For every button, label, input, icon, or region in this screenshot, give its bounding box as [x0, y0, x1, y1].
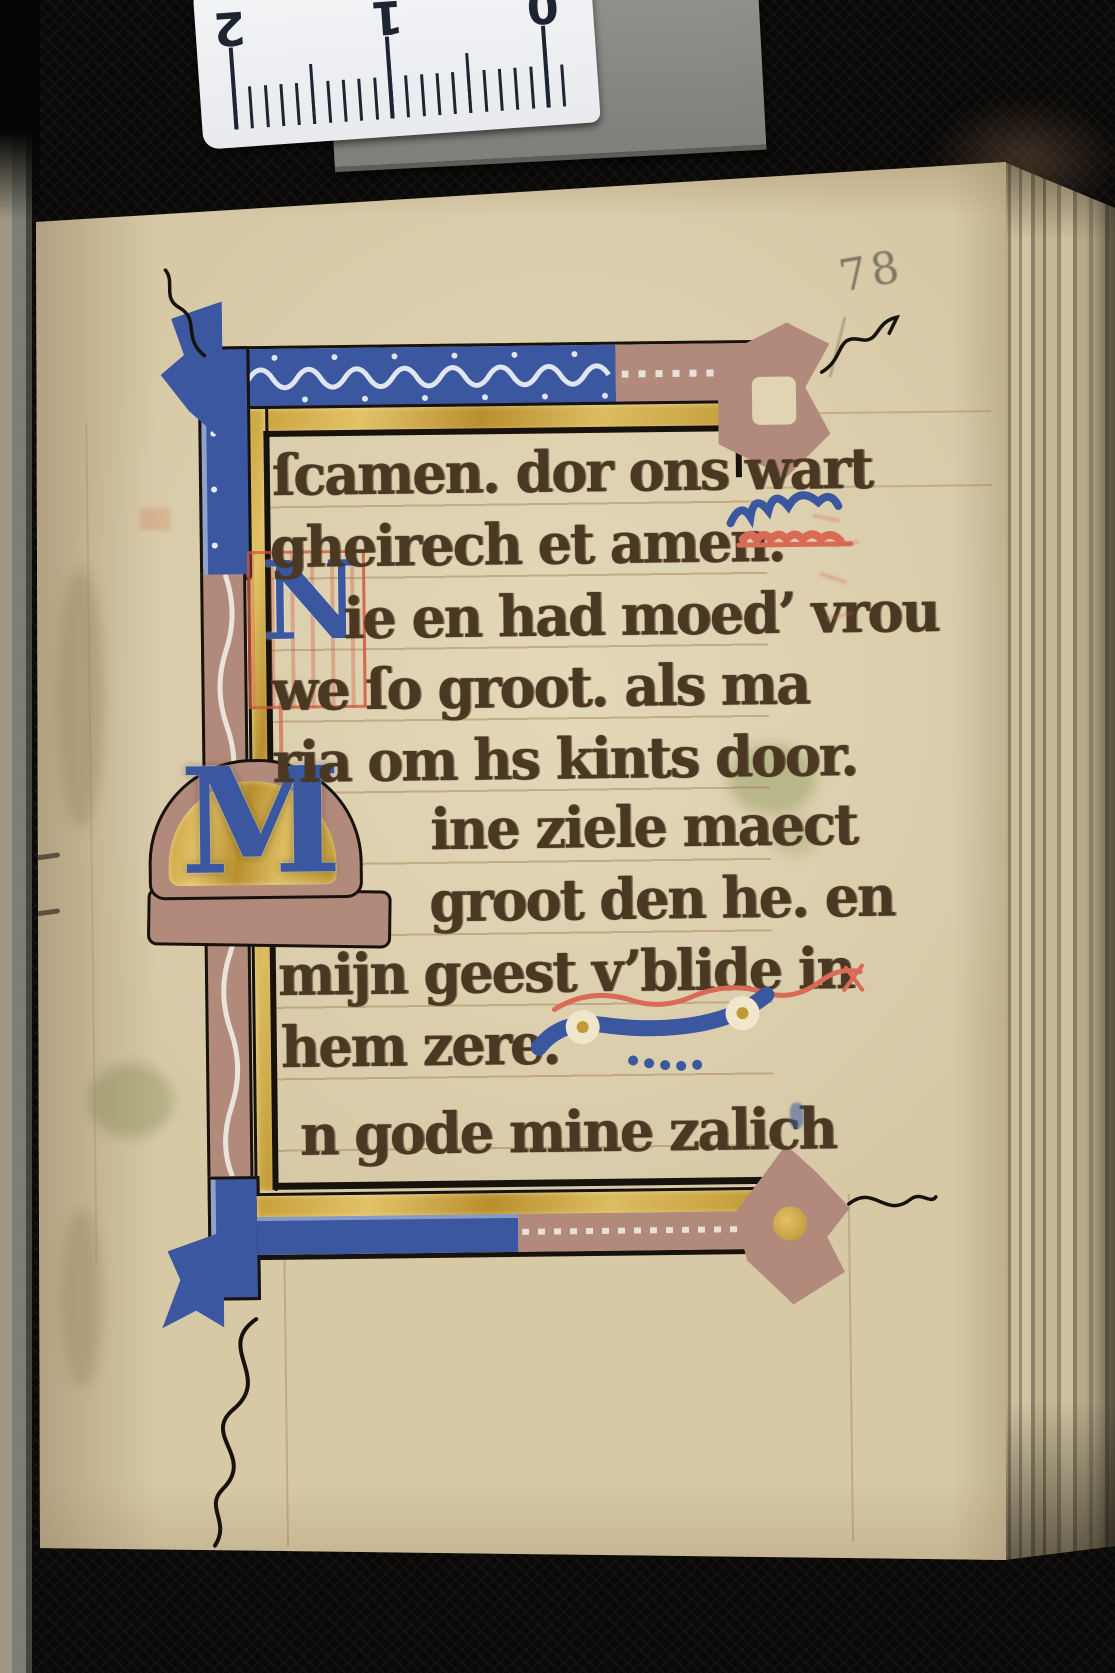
ruling-line: [848, 1194, 854, 1542]
manuscript-page: 78: [28, 148, 1006, 1572]
pen-flourish-top-right: [817, 311, 906, 384]
text-line: groot den he. en: [429, 867, 895, 929]
ruler-ticks-cm: [222, 24, 571, 130]
pen-flourish-top-left: [141, 268, 212, 359]
text-line: gheirech et amen.: [269, 513, 784, 576]
pen-flourish-bottom-right: [844, 1173, 940, 1230]
text-line: we ſo groot. als ma: [271, 655, 809, 718]
page-edges-stack: [1004, 150, 1115, 1574]
border-bottom-bar-blue: [257, 1214, 518, 1255]
line-filler-zere: [510, 961, 891, 1078]
offset-ghost-mark: [790, 1102, 804, 1128]
border-bottom-bar: [257, 1211, 775, 1260]
text-line: n gode mine zalich: [300, 1100, 836, 1163]
corner-finial-bottom-left: [161, 1232, 224, 1329]
ruler-tick-scale: [221, 20, 570, 130]
manuscript-photograph: 2 1 0 78: [0, 0, 1115, 1673]
glass-plate-edge: [0, 0, 38, 1673]
text-line: ria om hs kints door.: [272, 727, 857, 791]
ruling-line: [85, 423, 97, 1263]
illuminated-layout: M N ſcamen. dor ons wart gheirech et ame…: [20, 142, 1015, 1578]
border-top-bar-blue: [200, 345, 616, 410]
text-line: ine ziele maect: [430, 796, 857, 858]
pen-flourish-bottom-left: [184, 1317, 297, 1558]
glass-edge-fade: [0, 0, 40, 220]
white-wave-ornament: [200, 345, 616, 410]
